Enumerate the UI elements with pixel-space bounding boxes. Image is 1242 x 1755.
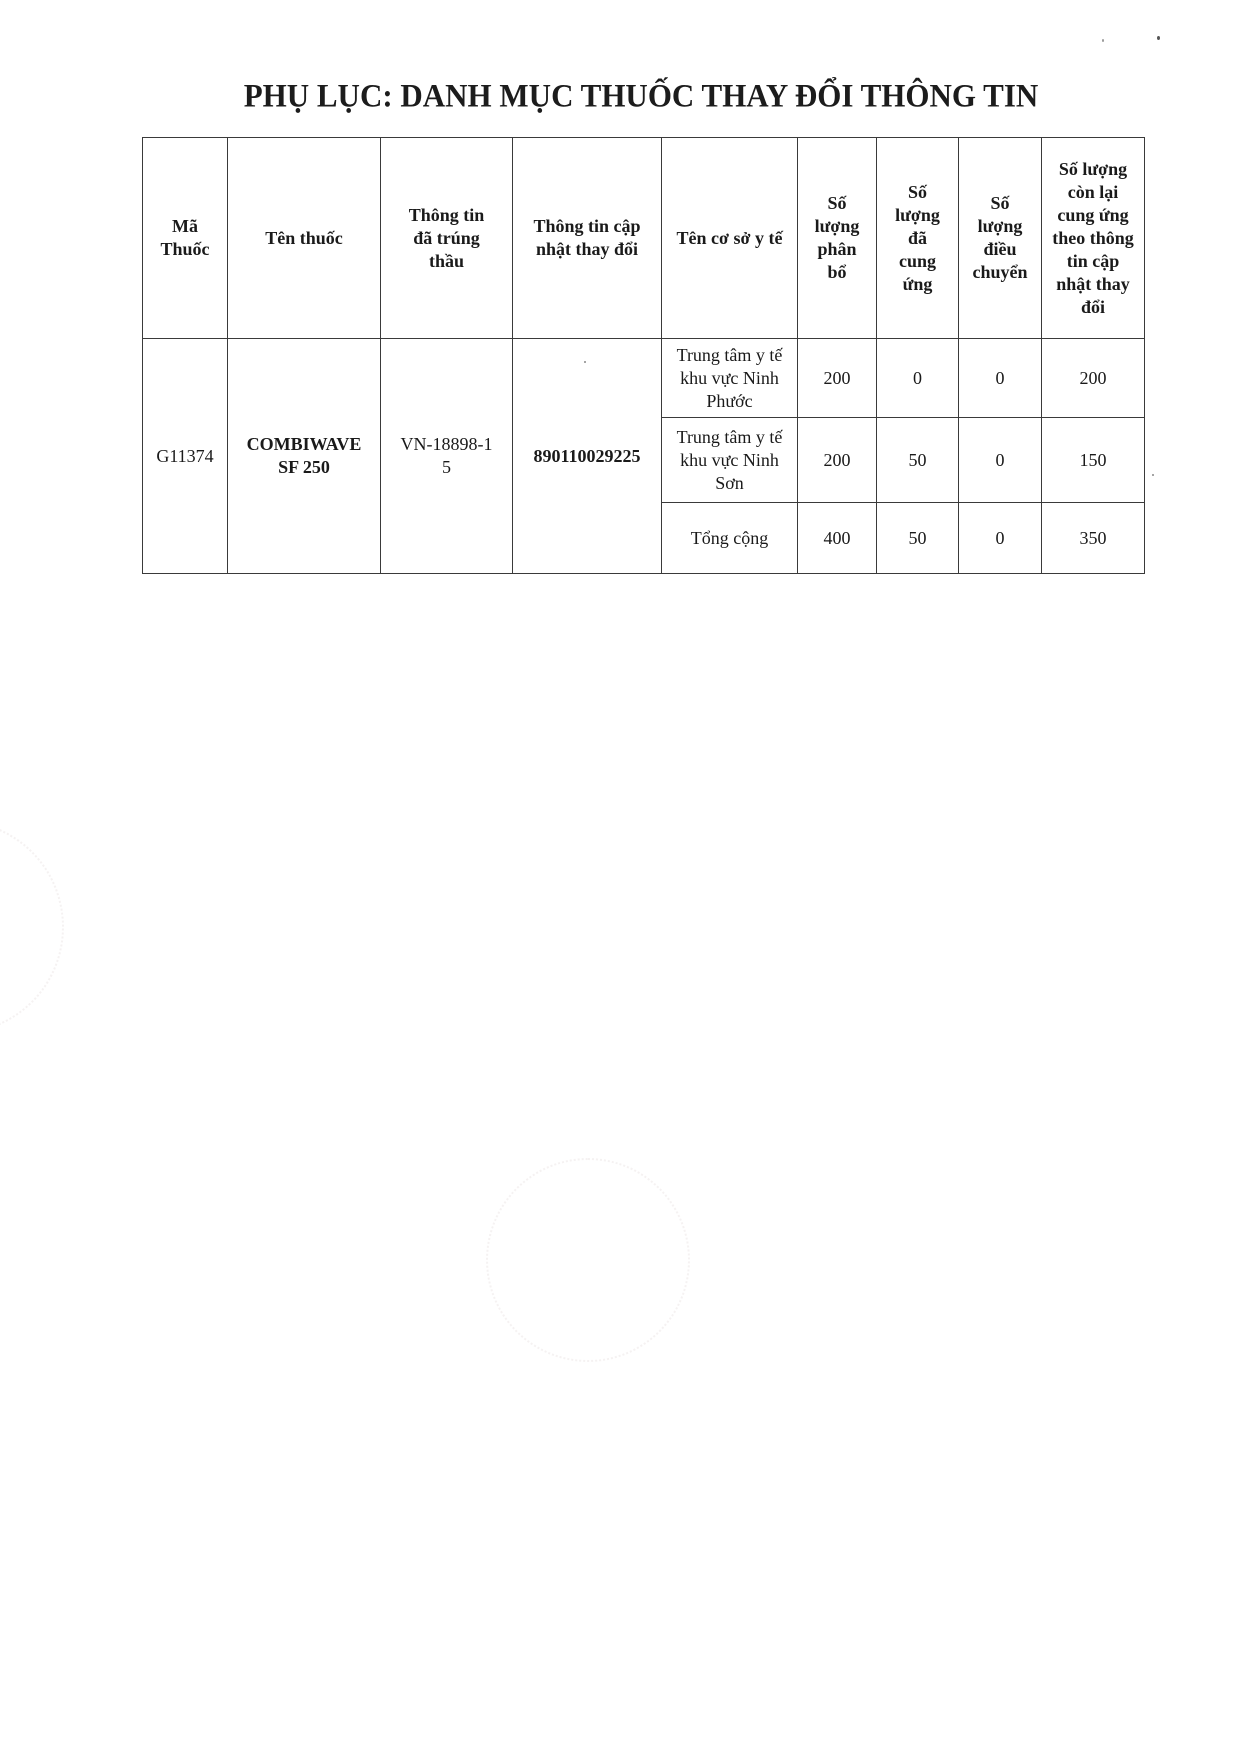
header-facility: Tên cơ sở y tế: [662, 138, 798, 339]
updated-info-cell: 890110029225: [513, 339, 662, 574]
allocated-cell: 200: [798, 418, 877, 503]
total-supplied: 50: [877, 503, 959, 574]
drug-change-table: Mã Thuốc Tên thuốc Thông tin đã trúng th…: [142, 137, 1145, 574]
header-supplied: Số lượng đã cung ứng: [877, 138, 959, 339]
table-header-row: Mã Thuốc Tên thuốc Thông tin đã trúng th…: [143, 138, 1145, 339]
scan-speck: [1152, 474, 1154, 476]
table-row: G11374 COMBIWAVE SF 250 VN-18898-15 8901…: [143, 339, 1145, 418]
supplied-cell: 50: [877, 418, 959, 503]
allocated-cell: 200: [798, 339, 877, 418]
page-title: PHỤ LỤC: DANH MỤC THUỐC THAY ĐỔI THÔNG T…: [0, 77, 1242, 115]
header-transferred: Số lượng điều chuyển: [959, 138, 1042, 339]
supplied-cell: 0: [877, 339, 959, 418]
header-drug-code: Mã Thuốc: [143, 138, 228, 339]
scan-speck: [1102, 39, 1104, 42]
remaining-cell: 150: [1042, 418, 1145, 503]
header-awarded-info: Thông tin đã trúng thầu: [381, 138, 513, 339]
header-allocated: Số lượng phân bổ: [798, 138, 877, 339]
total-transferred: 0: [959, 503, 1042, 574]
transferred-cell: 0: [959, 339, 1042, 418]
total-label: Tổng cộng: [662, 503, 798, 574]
drug-name-cell: COMBIWAVE SF 250: [228, 339, 381, 574]
scan-speck: [1157, 36, 1160, 40]
facility-cell: Trung tâm y tế khu vực Ninh Phước: [662, 339, 798, 418]
stamp-ghost-left: [0, 820, 64, 1034]
header-remaining: Số lượng còn lại cung ứng theo thông tin…: [1042, 138, 1145, 339]
facility-cell: Trung tâm y tế khu vực Ninh Sơn: [662, 418, 798, 503]
total-remaining: 350: [1042, 503, 1145, 574]
awarded-info-cell: VN-18898-15: [381, 339, 513, 574]
scan-speck: [584, 361, 586, 363]
remaining-cell: 200: [1042, 339, 1145, 418]
stamp-ghost-center: [486, 1158, 690, 1362]
header-drug-name: Tên thuốc: [228, 138, 381, 339]
transferred-cell: 0: [959, 418, 1042, 503]
drug-code-cell: G11374: [143, 339, 228, 574]
header-updated-info: Thông tin cập nhật thay đổi: [513, 138, 662, 339]
total-allocated: 400: [798, 503, 877, 574]
